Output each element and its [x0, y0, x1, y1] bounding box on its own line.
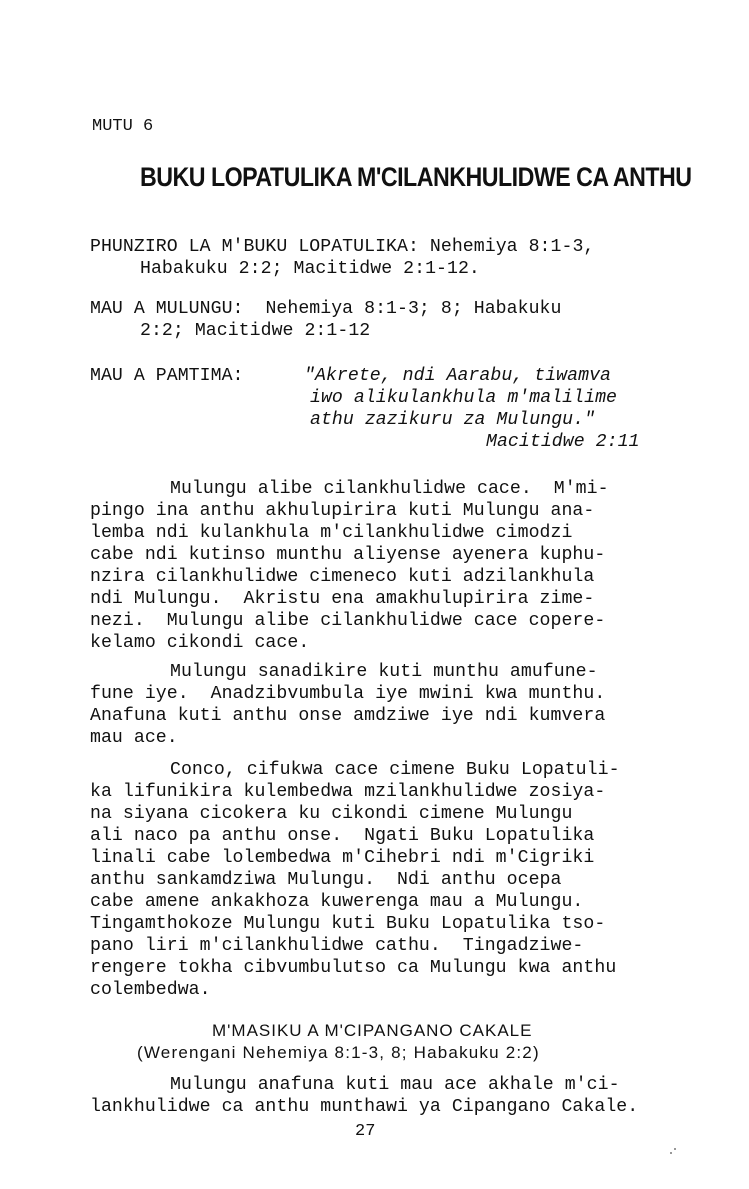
scan-speck	[674, 1148, 676, 1150]
paragraph-line: colembedwa.	[90, 979, 211, 1001]
scripture-label: MAU A MULUNGU:	[90, 299, 244, 319]
paragraph-line: na siyana cicokera ku cikondi cimene Mul…	[90, 803, 572, 825]
paragraph-line: rengere tokha cibvumbulutso ca Mulungu k…	[90, 957, 616, 979]
paragraph-line: anthu sankamdziwa Mulungu. Ndi anthu oce…	[90, 869, 561, 891]
study-scripture-label: PHUNZIRO LA M'BUKU LOPATULIKA:	[90, 237, 419, 257]
paragraph-line: ndi Mulungu. Akristu ena amakhulupirira …	[90, 588, 594, 610]
paragraph-line: pingo ina anthu akhulupirira kuti Mulung…	[90, 500, 594, 522]
paragraph-line: nzira cilankhulidwe cimeneco kuti adzila…	[90, 566, 594, 588]
section-subheading: (Werengani Nehemiya 8:1-3, 8; Habakuku 2…	[137, 1042, 540, 1064]
paragraph-line: cabe amene ankakhoza kuwerenga mau a Mul…	[90, 891, 583, 913]
study-scripture-line-2: Habakuku 2:2; Macitidwe 2:1-12.	[140, 258, 480, 280]
paragraph-line: lemba ndi kulankhula m'cilankhulidwe cim…	[90, 522, 572, 544]
paragraph-line: Anafuna kuti anthu onse amdziwe iye ndi …	[90, 705, 605, 727]
memory-verse-line: athu zazikuru za Mulungu."	[310, 409, 595, 431]
scripture-ref: Nehemiya 8:1-3; 8; Habakuku	[265, 299, 561, 319]
paragraph-line: pano liri m'cilankhulidwe cathu. Tingadz…	[90, 935, 583, 957]
memory-verse-reference: Macitidwe 2:11	[486, 431, 640, 453]
paragraph-line: Mulungu anafuna kuti mau ace akhale m'ci…	[170, 1074, 620, 1096]
study-scripture-ref: Nehemiya 8:1-3,	[430, 237, 594, 257]
memory-verse-line: "Akrete, ndi Aarabu, tiwamva	[304, 365, 611, 387]
chapter-label: MUTU 6	[92, 117, 153, 136]
paragraph-line: Conco, cifukwa cace cimene Buku Lopatuli…	[170, 759, 620, 781]
paragraph-line: fune iye. Anadzibvumbula iye mwini kwa m…	[90, 683, 605, 705]
paragraph-line: kelamo cikondi cace.	[90, 632, 309, 654]
paragraph-line: nezi. Mulungu alibe cilankhulidwe cace c…	[90, 610, 605, 632]
paragraph-line: lankhulidwe ca anthu munthawi ya Cipanga…	[90, 1096, 638, 1118]
scan-speck	[670, 1152, 672, 1154]
study-scripture-line-1: PHUNZIRO LA M'BUKU LOPATULIKA: Nehemiya …	[90, 236, 594, 258]
scripture-line-2: 2:2; Macitidwe 2:1-12	[140, 320, 370, 342]
section-heading: M'MASIKU A M'CIPANGANO CAKALE	[212, 1020, 532, 1042]
paragraph-line: Tingamthokoze Mulungu kuti Buku Lopatuli…	[90, 913, 605, 935]
page-title: BUKU LOPATULIKA M'CILANKHULIDWE CA ANTHU	[140, 162, 692, 193]
paragraph-line: ka lifunikira kulembedwa mzilankhulidwe …	[90, 781, 605, 803]
paragraph-line: mau ace.	[90, 727, 178, 749]
paragraph-line: cabe ndi kutinso munthu aliyense ayenera…	[90, 544, 605, 566]
paragraph-line: linali cabe lolembedwa m'Cihebri ndi m'C…	[90, 847, 594, 869]
scripture-line-1: MAU A MULUNGU: Nehemiya 8:1-3; 8; Habaku…	[90, 298, 561, 320]
paragraph-line: Mulungu alibe cilankhulidwe cace. M'mi-	[170, 478, 609, 500]
paragraph-line: ali naco pa anthu onse. Ngati Buku Lopat…	[90, 825, 594, 847]
memory-verse-label: MAU A PAMTIMA:	[90, 365, 244, 387]
memory-verse-line: iwo alikulankhula m'malilime	[310, 387, 617, 409]
page-number: 27	[355, 1122, 375, 1141]
paragraph-line: Mulungu sanadikire kuti munthu amufune-	[170, 661, 598, 683]
